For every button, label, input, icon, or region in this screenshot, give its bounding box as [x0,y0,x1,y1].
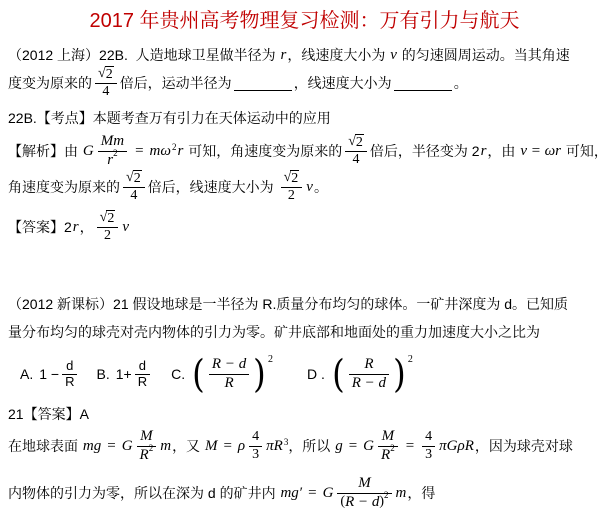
problem1-text: （2012 上海）22B. 人造地球卫星做半径为 [8,45,280,65]
math-var-v: v [306,179,313,196]
fraction-4-over-3: 4 3 [422,429,435,462]
solution-text: 内物体的引力为零，所以在深为 d 的矿井内 [8,483,279,503]
exponent: 2 [113,148,118,165]
option-d: D . ( R R − d ) 2 [307,355,413,393]
right-paren: ) [393,355,406,393]
option-a: A. 1 − d R [20,359,80,390]
option-b: B. 1+ d R [96,359,153,390]
fraction-M-over-R2: M R2 [137,428,157,464]
analysis-text: 可知，角速度变为原来的 [184,141,342,161]
fraction-Rmd-over-R: R − d R [209,356,249,392]
fraction-d-over-R: d R [135,359,150,390]
equals-sign: = [349,438,357,455]
answer-blank-radius [234,75,292,91]
answer1-text: ， [80,217,94,237]
option-d-label: D . [307,366,325,382]
keypoint-text: 22B.【考点】本题考查万有引力在天体运动中的应用 [8,108,331,128]
solution-text: ，又 [172,436,204,456]
problem1-text: 的匀速圆周运动。当其角速 [398,45,570,65]
analysis-line2: 角速度变为原来的 √2 4 倍后，线速度大小为 √2 2 v 。 [8,170,601,204]
fraction-numerator: √2 [95,66,117,83]
math-var-M: M [205,438,218,455]
problem1-text: ，线速度大小为 [287,45,389,65]
solution-line1: 在地球表面 mg = G M R2 m ，又 M = ρ 4 3 πR3 ，所以… [8,426,601,466]
option-a-label: A. [20,366,33,382]
math-var-r: r [281,47,287,64]
problem2-text: （2012 新课标）21 假设地球是一半径为 R.质量分布均匀的球体。一矿井深度… [8,294,568,314]
math-var-G: G [363,438,374,455]
fraction-M-over-Rmd2: M (R − d)2 [337,475,391,511]
fraction-4-over-3: 4 3 [249,429,262,462]
math-v-equals-omega-r: v = ωr [520,143,561,160]
exponent: 2 [390,443,395,460]
document-title: 2017 年贵州高考物理复习检测：万有引力与航天 [8,0,601,34]
math-var-m: m [160,438,171,455]
math-var-r: r [73,219,79,236]
math-var-r: r [177,143,183,160]
problem1-text: 。 [454,73,468,93]
analysis-text: 角速度变为原来的 [8,177,120,197]
exponent: 2 [149,443,154,460]
problem2-text: 量分布均匀的球壳对壳内物体的引力为零。矿井底部和地面处的重力加速度大小之比为 [8,322,540,342]
solution-line2: 内物体的引力为零，所以在深为 d 的矿井内 mg′ = G M (R − d)2… [8,470,601,516]
answer1-line: 【答案】2 r ， √2 2 v [8,208,601,246]
equals-sign: = [135,143,143,160]
math-mg: mg [83,438,101,455]
keypoint-line: 22B.【考点】本题考查万有引力在天体运动中的应用 [8,108,601,128]
math-var-r: r [481,143,487,160]
fraction-sqrt2-over-2: √2 2 [281,170,303,204]
equals-sign: = [223,438,231,455]
left-paren: ( [192,355,205,393]
answer1-text: 【答案】2 [8,217,72,237]
analysis-text: 倍后，半径变为 2 [370,141,480,161]
fraction-M-over-R2: M R2 [378,428,398,464]
exponent: 2 [268,354,273,365]
solution-text: ，因为球壳对球 [475,436,573,456]
analysis-text: 【解析】由 [8,141,82,161]
problem1-text: 度变为原来的 [8,73,92,93]
solution-text: ，所以 [288,436,334,456]
math-var-v: v [390,47,397,64]
left-paren: ( [332,355,345,393]
problem1-text: 倍后，运动半径为 [120,73,232,93]
problem1-text: ，线速度大小为 [294,73,392,93]
analysis-text: 。 [314,177,328,197]
option-a-expression: 1 − [39,366,59,382]
math-var-g: g [335,438,343,455]
math-m-omega: mω [150,143,171,160]
fraction-sqrt2-over-4: √2 4 [95,66,117,100]
math-var-G: G [323,485,334,502]
right-paren: ) [253,355,266,393]
option-b-expression: 1+ [116,366,132,382]
exponent: 2 [408,354,413,365]
equals-sign: = [107,438,115,455]
document-page: 2017 年贵州高考物理复习检测：万有引力与航天 （2012 上海）22B. 人… [0,0,609,519]
math-var-G: G [83,143,94,160]
math-mg-prime: mg′ [280,485,302,502]
option-c-label: C. [171,366,185,382]
fraction-Mm-over-r2: Mm r2 [98,133,127,169]
math-piGrhoR: πGρR [439,438,474,455]
fraction-d-over-R: d R [62,359,77,390]
analysis-line1: 【解析】由 G Mm r2 = mω2r 可知，角速度变为原来的 √2 4 倍后… [8,132,601,170]
fraction-denominator: 4 [95,83,117,100]
equals-sign: = [406,438,414,455]
fraction-sqrt2-over-2: √2 2 [97,210,119,244]
math-var-m: m [396,485,407,502]
problem2-line2: 量分布均匀的球壳对壳内物体的引力为零。矿井底部和地面处的重力加速度大小之比为 [8,322,601,342]
exponent: 3 [284,437,289,447]
analysis-text: ，由 [487,141,519,161]
fraction-sqrt2-over-4: √2 4 [123,170,145,204]
problem2-line1: （2012 新课标）21 假设地球是一半径为 R.质量分布均匀的球体。一矿井深度… [8,294,601,314]
math-var-v: v [122,219,129,236]
fraction-sqrt2-over-4: √2 4 [345,134,367,168]
problem1-line2: 度变为原来的 √2 4 倍后，运动半径为 ，线速度大小为 。 [8,64,601,102]
exponent: 2 [172,142,177,152]
answer-blank-speed [394,75,452,91]
answer2-line: 21【答案】A [8,404,601,424]
option-b-label: B. [96,366,109,382]
math-var-rho: ρ [238,438,245,455]
solution-text: ，得 [407,483,435,503]
answer2-text: 21【答案】A [8,404,89,424]
fraction-R-over-Rmd: R R − d [349,356,389,392]
math-var-G: G [122,438,133,455]
math-piR: πR [266,438,283,455]
fraction-denominator: r2 [98,151,127,169]
options-row: A. 1 − d R B. 1+ d R C. ( R − d R ) 2 [8,350,601,398]
exponent: 2 [384,490,389,507]
option-c: C. ( R − d R ) 2 [171,355,273,393]
problem1-line1: （2012 上海）22B. 人造地球卫星做半径为 r ，线速度大小为 v 的匀速… [8,46,601,64]
analysis-text: 可知， [562,141,608,161]
equals-sign: = [308,485,316,502]
analysis-text: 倍后，线速度大小为 [148,177,278,197]
solution-text: 在地球表面 [8,436,82,456]
